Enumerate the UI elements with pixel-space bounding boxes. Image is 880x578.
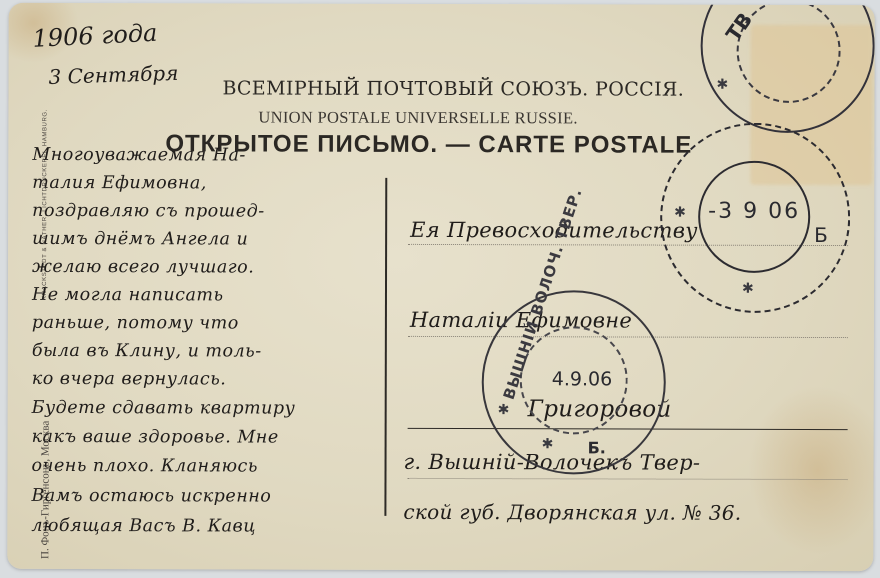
age-stain [747, 385, 874, 555]
header-union-russian: ВСЕМІРНЫЙ ПОЧТОВЫЙ СОЮЗЪ. РОССІЯ. [222, 77, 684, 100]
message-line: желаю всего лучшаго. [32, 257, 254, 278]
message-line: раньше, потому что [32, 313, 239, 334]
message-address-divider [384, 178, 387, 516]
message-line: Не могла написать [32, 285, 224, 306]
message-line: была въ Клину, и толь- [32, 341, 262, 362]
message-line: поздравляю съ прошед- [32, 201, 264, 222]
postmark-date: 4.9.06 [552, 368, 612, 390]
handwritten-year: 1906 года [32, 19, 158, 53]
postmark-series: Б. [588, 438, 606, 457]
message-line: Будете сдавать квартиру [32, 398, 296, 419]
postmark-date: -3 9 06 [708, 199, 800, 224]
address-dotted-line [407, 478, 847, 480]
message-line: любящая Васъ В. Кавц [31, 516, 256, 537]
message-line: ко вчера вернулась. [32, 369, 227, 390]
message-line: Вамъ остаюсь искренно [31, 486, 271, 507]
star-icon: ✱ [717, 77, 729, 93]
postmark-departure-top: ТВ ✱ [9, 3, 875, 5]
header-union-french: UNION POSTALE UNIVERSELLE RUSSIE. [258, 108, 577, 129]
star-icon: ✱ [742, 281, 754, 297]
star-icon: ✱ [498, 402, 510, 418]
star-icon: ✱ [674, 205, 686, 221]
postmark-series: Б [814, 223, 828, 247]
message-line: Многоуважаемая На- [32, 145, 246, 166]
message-line: шимъ днёмъ Ангела и [32, 229, 248, 250]
handwritten-day: 3 Сентября [48, 61, 179, 89]
star-icon: ✱ [542, 436, 554, 452]
message-line: талия Ефимовна, [32, 173, 207, 193]
message-line: какъ ваше здоровье. Мне [32, 427, 279, 448]
postcard: ВСЕМІРНЫЙ ПОЧТОВЫЙ СОЮЗЪ. РОССІЯ. UNION … [7, 3, 874, 571]
address-line: ской губ. Дворянская ул. № 36. [403, 500, 741, 525]
message-line: очень плохо. Кланяюсь [32, 456, 258, 477]
